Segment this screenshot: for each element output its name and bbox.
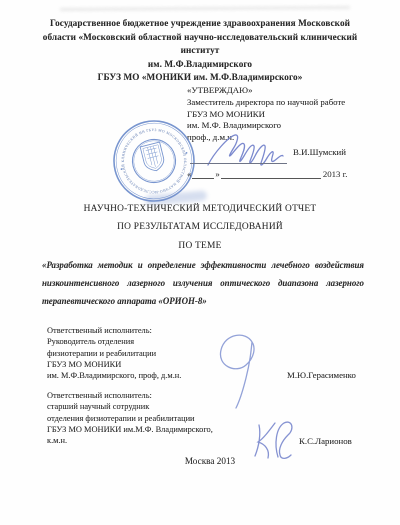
institution-header: Государственное бюджетное учреждение здр…	[28, 17, 372, 85]
executor-line: Руководитель отделения	[47, 336, 181, 347]
executor-line: Ответственный исполнитель:	[47, 325, 181, 336]
header-line: Государственное бюджетное учреждение здр…	[28, 17, 372, 31]
executor-name: К.С.Ларионов	[299, 436, 352, 446]
report-title-line: ПО РЕЗУЛЬТАТАМ ИССЛЕДОВАНИЙ	[0, 218, 400, 236]
city-year: Москва 2013	[10, 456, 400, 466]
document-page: Государственное бюджетное учреждение здр…	[0, 0, 400, 525]
approval-line: Заместитель директора по научной работе	[187, 97, 373, 108]
signature-stroke	[258, 423, 275, 458]
executor-line: старший научный сотрудник	[47, 401, 213, 412]
executor-line: ГБУЗ МО МОНИКИ им.М.Ф. Владимирского,	[47, 424, 213, 435]
executor-line: к.м.н.	[47, 435, 213, 446]
theme-line: низкоинтенсивного лазерного излучения оп…	[42, 275, 364, 293]
theme-line: «Разработка методик и определение эффект…	[42, 257, 364, 275]
approval-title: «УТВЕРЖДАЮ»	[187, 85, 373, 96]
shumsky-signature	[198, 127, 298, 172]
approval-date-line: « » 2013 г.	[187, 168, 359, 179]
executor-name: М.Ю.Герасименко	[287, 370, 356, 380]
signature-line	[190, 154, 287, 164]
executor-line: им. М.Ф.Владимирского, проф, д.м.н.	[47, 370, 181, 381]
signature-stroke	[276, 422, 292, 458]
date-open-quote: «	[187, 169, 191, 179]
executor-line: отделения физиотерапии и реабилитации	[47, 413, 213, 424]
signature-stroke	[220, 335, 254, 408]
date-month-blank	[221, 168, 321, 179]
approval-line: ГБУЗ МО МОНИКИ	[187, 109, 373, 120]
report-title: НАУЧНО-ТЕХНИЧЕСКИЙ МЕТОДИЧЕСКИЙ ОТЧЕТ ПО…	[0, 200, 400, 255]
date-year: 2013 г.	[323, 169, 348, 179]
executor-line: физиотерапии и реабилитации	[47, 348, 181, 359]
theme-line: терапевтического аппарата «ОРИОН-8»	[42, 293, 364, 311]
header-line: области «Московский областной научно-исс…	[28, 31, 372, 45]
executor-line: Ответственный исполнитель:	[47, 390, 213, 401]
date-close-quote: »	[215, 169, 219, 179]
header-line: институт	[28, 44, 372, 58]
signer-name: В.И.Шумский	[293, 147, 346, 157]
report-title-line: ПО ТЕМЕ	[0, 237, 400, 255]
larionov-signature	[250, 416, 298, 461]
gerasimenko-signature	[212, 328, 267, 413]
header-line: им. М.Ф.Владимирского	[28, 58, 372, 72]
executor-block-2: Ответственный исполнитель: старший научн…	[47, 390, 213, 446]
scan-artifact	[60, 6, 350, 11]
stamp-coat-of-arms	[140, 142, 166, 173]
report-title-line: НАУЧНО-ТЕХНИЧЕСКИЙ МЕТОДИЧЕСКИЙ ОТЧЕТ	[0, 200, 400, 218]
executor-block-1: Ответственный исполнитель: Руководитель …	[47, 325, 181, 381]
header-line: ГБУЗ МО «МОНИКИ им. М.Ф.Владимирского»	[28, 71, 372, 85]
executor-line: ГБУЗ МО МОНИКИ	[47, 359, 181, 370]
report-theme: «Разработка методик и определение эффект…	[42, 257, 364, 310]
date-day-blank	[192, 168, 214, 179]
